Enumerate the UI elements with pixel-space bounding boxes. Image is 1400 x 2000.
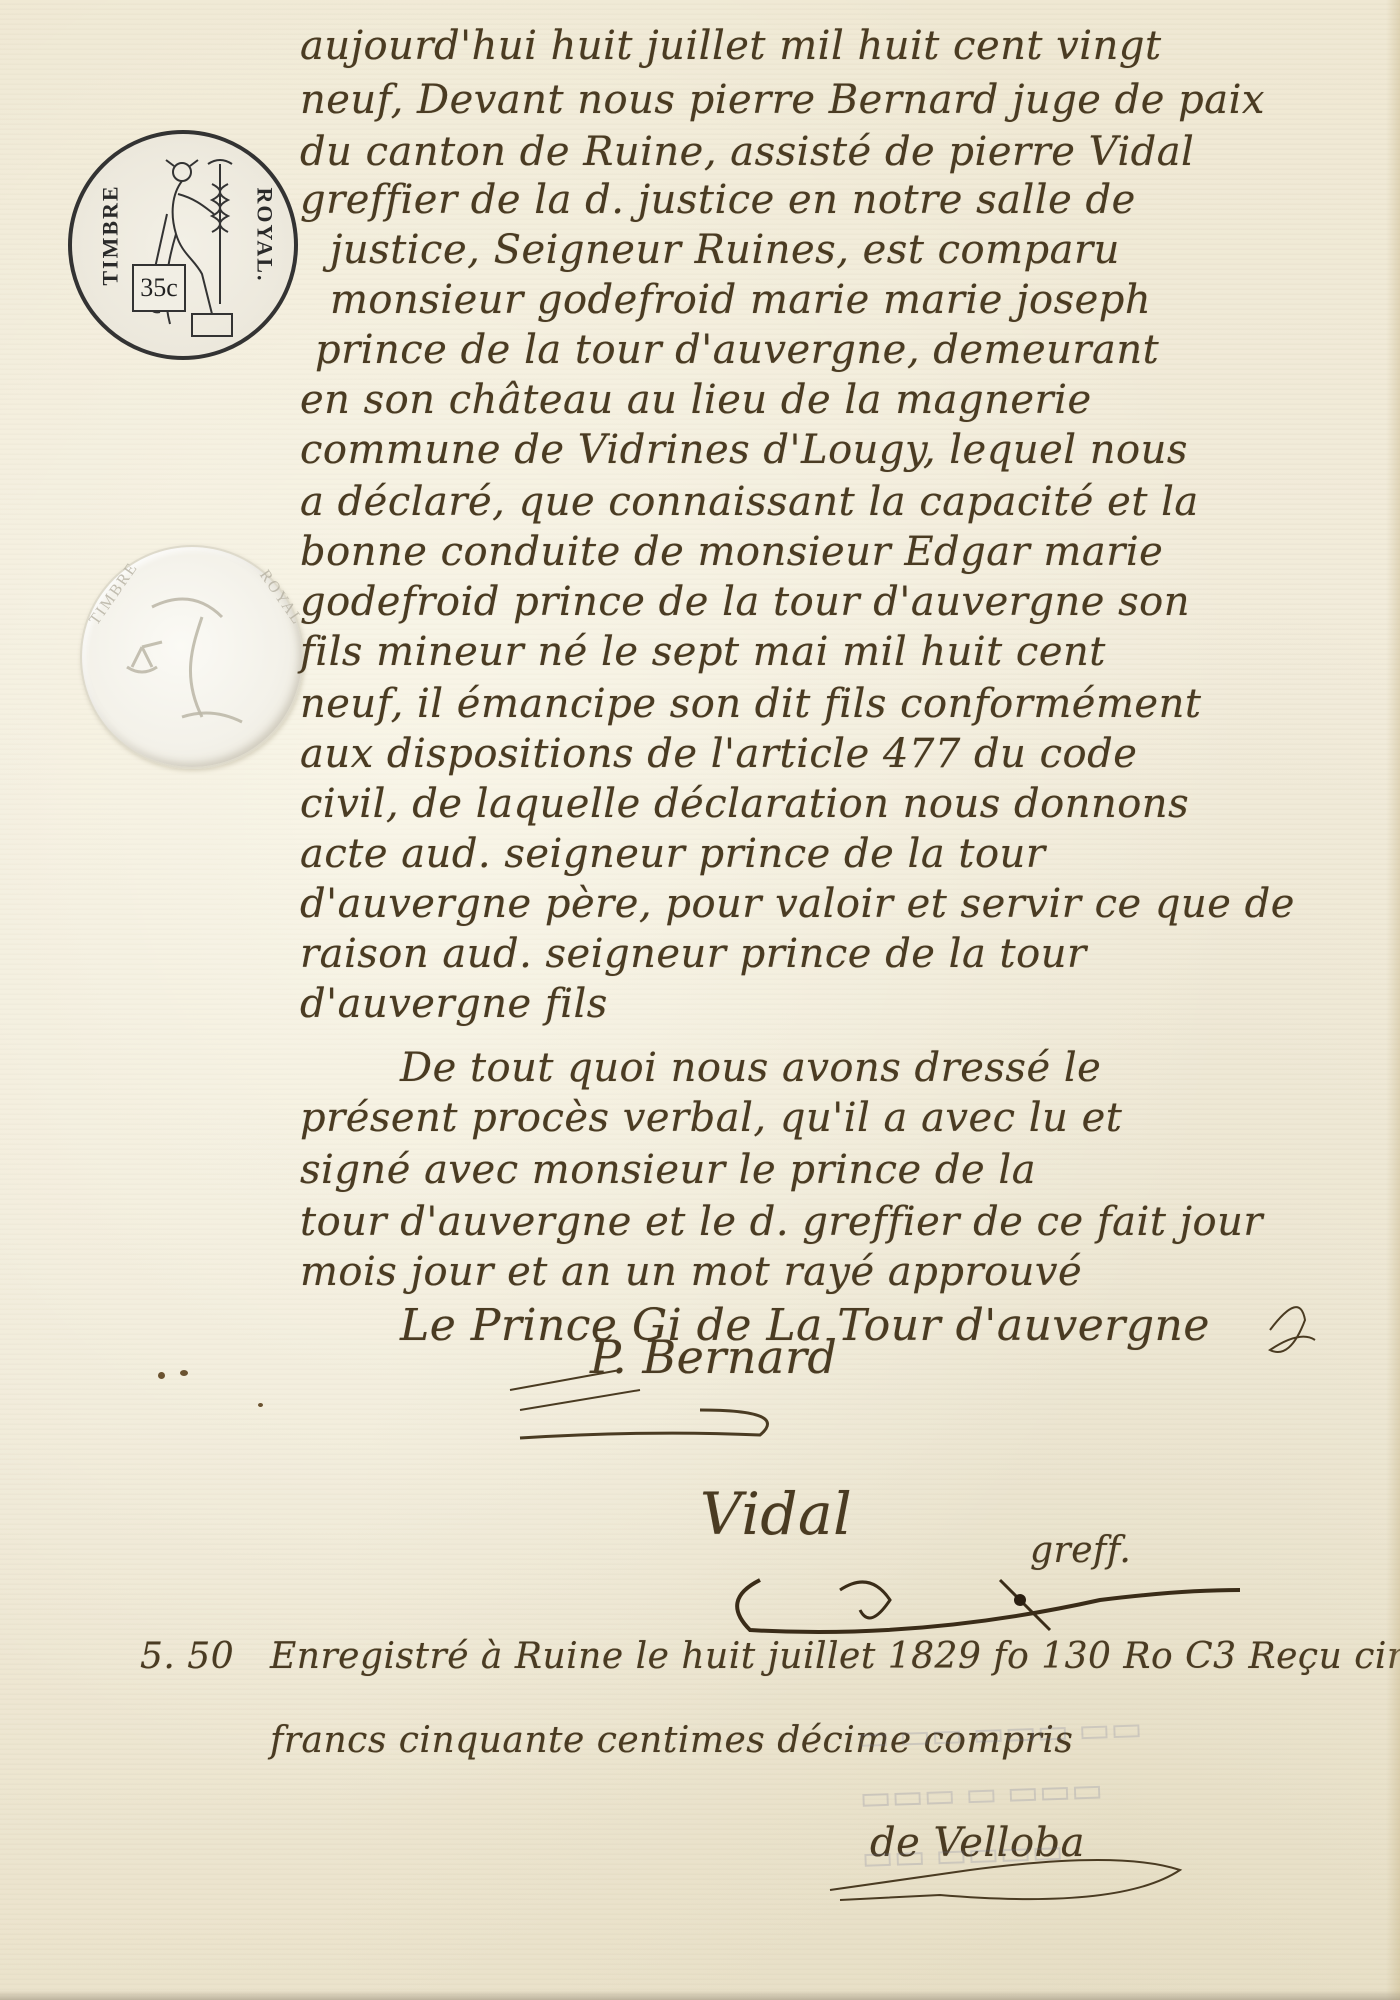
body-line: raison aud. seigneur prince de la tour bbox=[300, 926, 1087, 982]
timbre-royal-stamp: TIMBRE ROYAL. 35c bbox=[68, 130, 298, 360]
judge-flourish-icon bbox=[500, 1350, 820, 1440]
body-line: commune de Vidrines d'Lougy, lequel nous bbox=[300, 422, 1188, 478]
closing-line: présent procès verbal, qu'il a avec lu e… bbox=[300, 1090, 1122, 1146]
body-line: d'auvergne père, pour valoir et servir c… bbox=[300, 876, 1295, 932]
body-line: bonne conduite de monsieur Edgar marie bbox=[300, 524, 1163, 580]
body-line: aujourd'hui huit juillet mil huit cent v… bbox=[300, 18, 1162, 74]
body-line: civil, de laquelle déclaration nous donn… bbox=[300, 776, 1189, 832]
document-page: TIMBRE ROYAL. 35c TIMBRE ROYAL bbox=[0, 0, 1400, 2000]
body-line: d'auvergne fils bbox=[300, 976, 608, 1032]
body-line: godefroid prince de la tour d'auvergne s… bbox=[300, 574, 1190, 630]
body-line: monsieur godefroid marie marie joseph bbox=[330, 272, 1151, 328]
embossed-seal: TIMBRE ROYAL bbox=[80, 545, 304, 769]
body-line: en son château au lieu de la magnerie bbox=[300, 372, 1092, 428]
body-line: acte aud. seigneur prince de la tour bbox=[300, 826, 1045, 882]
closing-line: tour d'auvergne et le d. greffier de ce … bbox=[300, 1194, 1263, 1250]
paper-edge-right bbox=[1386, 0, 1400, 2000]
body-line: neuf, il émancipe son dit fils conformém… bbox=[300, 676, 1201, 732]
signature-flourish-icon bbox=[1260, 1290, 1320, 1370]
justice-figure-icon bbox=[82, 547, 302, 767]
body-line: a déclaré, que connaissant la capacité e… bbox=[300, 474, 1199, 530]
body-line: neuf, Devant nous pierre Bernard juge de… bbox=[300, 72, 1265, 128]
body-line: prince de la tour d'auvergne, demeurant bbox=[315, 322, 1159, 378]
closing-line: signé avec monsieur le prince de la bbox=[300, 1142, 1036, 1198]
ink-speck bbox=[258, 1403, 263, 1407]
stamp-label-left: TIMBRE bbox=[98, 184, 124, 285]
body-line: greffier de la d. justice en notre salle… bbox=[300, 172, 1136, 228]
mercury-figure-icon bbox=[142, 154, 242, 344]
body-line: fils mineur né le sept mai mil huit cent bbox=[300, 624, 1106, 680]
ink-speck bbox=[180, 1370, 188, 1376]
paper-edge-bottom bbox=[0, 1990, 1400, 2000]
registration-line-1: Enregistré à Ruine le huit juillet 1829 … bbox=[270, 1636, 1400, 1677]
body-line: aux dispositions de l'article 477 du cod… bbox=[300, 726, 1137, 782]
signature-clerk: Vidal bbox=[700, 1480, 852, 1548]
stamp-value: 35c bbox=[132, 264, 186, 312]
faded-ink-stamp: ▭ ▭▭ ▭▭▭ ▭▭▭▭▭ ▭ ▭▭▭▭▭ ▭▭▭▭ bbox=[856, 1692, 1343, 1929]
stamp-label-right: ROYAL. bbox=[252, 188, 278, 283]
ink-speck bbox=[158, 1372, 165, 1379]
registration-amount: 5. 50 bbox=[140, 1636, 234, 1677]
clerk-flourish-icon bbox=[720, 1560, 1280, 1640]
closing-line: mois jour et an un mot rayé approuvé bbox=[300, 1244, 1082, 1300]
body-line: justice, Seigneur Ruines, est comparu bbox=[330, 222, 1120, 278]
closing-line: De tout quoi nous avons dressé le bbox=[400, 1040, 1101, 1096]
